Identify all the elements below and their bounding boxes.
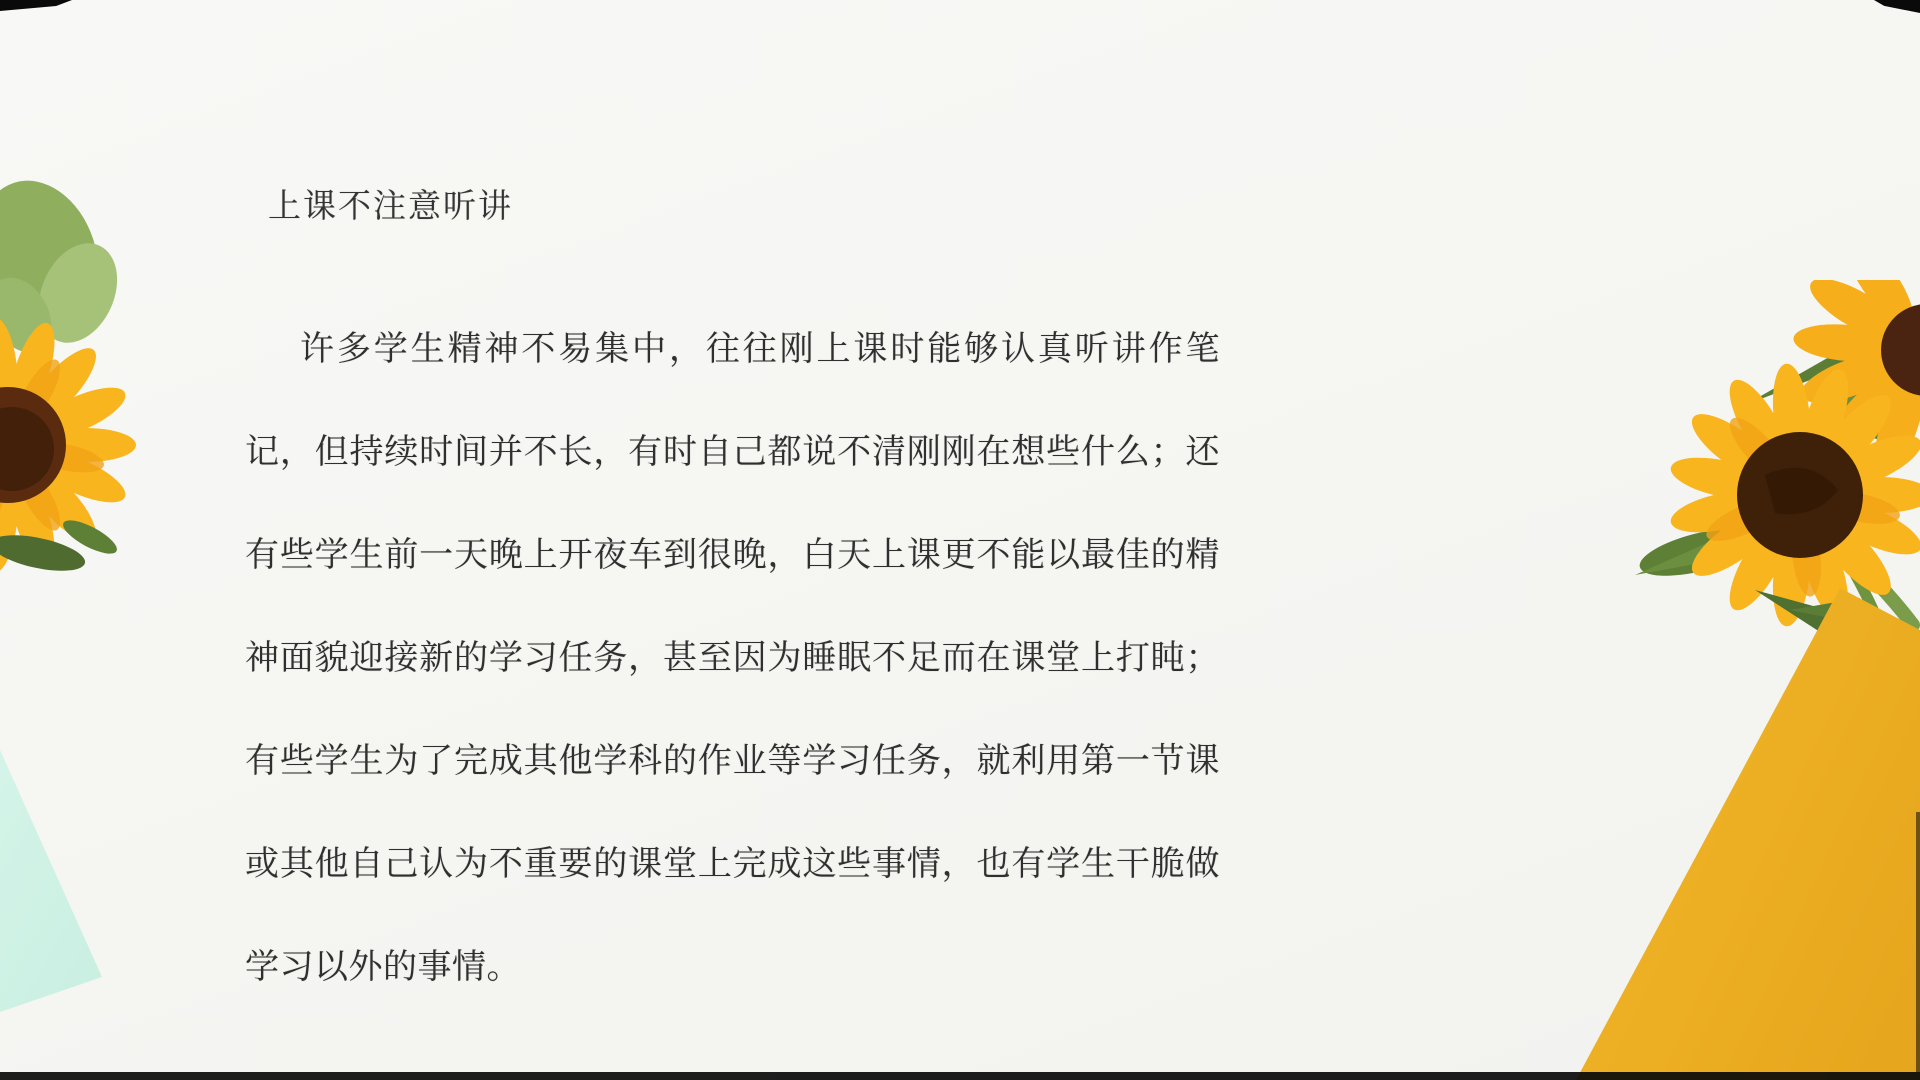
photo-edge-artifact-right (1916, 812, 1920, 1072)
slide-title: 上课不注意听讲 (268, 180, 513, 227)
photo-edge-artifact-bottom (0, 1072, 1920, 1080)
sunflower-left-icon (0, 165, 185, 580)
slide-paragraph: 许多学生精神不易集中，往往刚上课时能够认真听讲作笔记，但持续时间并不长，有时自己… (245, 298, 1220, 1019)
slide-canvas: 上课不注意听讲 许多学生精神不易集中，往往刚上课时能够认真听讲作笔记，但持续时间… (0, 0, 1920, 1080)
photo-edge-artifact-top-left (0, 0, 72, 11)
photo-edge-artifact-top-right (1874, 0, 1920, 13)
mint-note-paper (0, 740, 118, 1025)
